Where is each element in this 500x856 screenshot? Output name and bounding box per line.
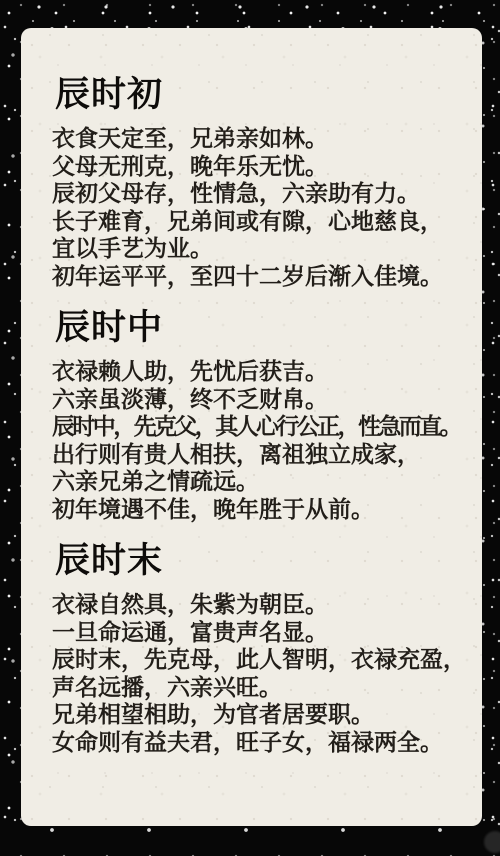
text-line: 六亲虽淡薄，终不乏财帛。: [52, 386, 474, 414]
text-line: 衣禄自然具，朱紫为朝臣。: [52, 591, 474, 619]
text-line: 初年境遇不佳，晚年胜于从前。: [52, 496, 474, 524]
faint-watermark: [484, 831, 500, 853]
text-line: 辰时末，先克母，此人智明，衣禄充盈，: [52, 646, 474, 674]
text-line: 宜以手艺为业。: [52, 235, 474, 263]
text-line: 辰初父母存，性情急，六亲助有力。: [52, 180, 474, 208]
image-card: 辰时初 衣食天定至，兄弟亲如林。 父母无刑克，晚年乐无忧。 辰初父母存，性情急，…: [0, 0, 500, 856]
text-line: 衣禄赖人助，先忧后获吉。: [52, 358, 474, 386]
text-line: 出行则有贵人相扶，离祖独立成家，: [52, 441, 474, 469]
section-chenshi-zhong: 辰时中 衣禄赖人助，先忧后获吉。 六亲虽淡薄，终不乏财帛。 辰时中，先克父，其人…: [52, 308, 474, 523]
text-line: 一旦命运通，富贵声名显。: [52, 619, 474, 647]
text-line: 辰时中，先克父，其人心行公正，性急而直。: [52, 413, 474, 441]
text-line: 衣食天定至，兄弟亲如林。: [52, 125, 474, 153]
text-line: 声名远播，六亲兴旺。: [52, 674, 474, 702]
text-line: 父母无刑克，晚年乐无忧。: [52, 153, 474, 181]
text-line: 长子难育，兄弟间或有隙，心地慈良，: [52, 208, 474, 236]
text-line: 初年运平平，至四十二岁后渐入佳境。: [52, 263, 474, 291]
paper-panel: 辰时初 衣食天定至，兄弟亲如林。 父母无刑克，晚年乐无忧。 辰初父母存，性情急，…: [21, 28, 482, 826]
section-chenshi-mo: 辰时末 衣禄自然具，朱紫为朝臣。 一旦命运通，富贵声名显。 辰时末，先克母，此人…: [52, 541, 474, 756]
text-line: 兄弟相望相助，为官者居要职。: [52, 701, 474, 729]
section-title: 辰时初: [55, 75, 474, 115]
text-line: 女命则有益夫君，旺子女，福禄两全。: [52, 729, 474, 757]
section-title: 辰时中: [55, 308, 474, 348]
text-line: 六亲兄弟之情疏远。: [52, 468, 474, 496]
section-chenshi-chu: 辰时初 衣食天定至，兄弟亲如林。 父母无刑克，晚年乐无忧。 辰初父母存，性情急，…: [52, 75, 474, 290]
section-title: 辰时末: [55, 541, 474, 581]
